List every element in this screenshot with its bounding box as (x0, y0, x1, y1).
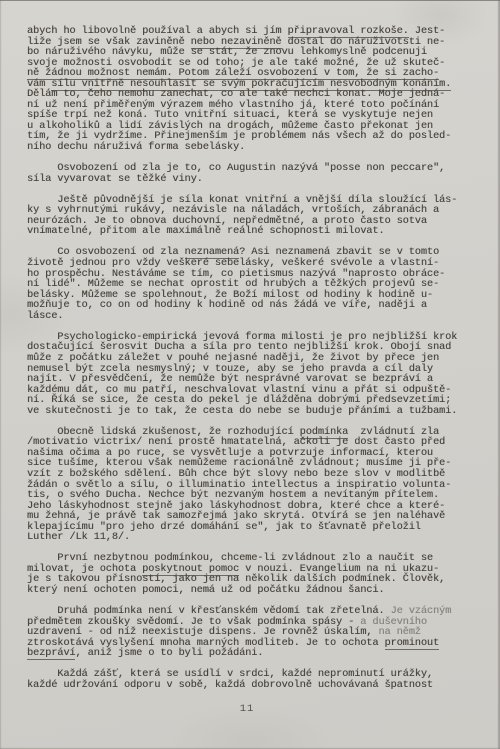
paragraph: Ještě původnější je síla konat vnitřní a… (27, 195, 483, 237)
pencil-underline: bezpráví (27, 647, 75, 660)
text-line: každé udržování odporu v sobě, každá dob… (27, 680, 483, 691)
text-line: ního dechu náruživá forma sebelásky. (27, 142, 483, 153)
text-segment: ve skutečnosti je to tak, že cesta do ne… (27, 405, 457, 417)
text-segment: který není ochoten pomoci, nemá už od po… (27, 584, 385, 596)
text-segment: , aniž jsme o to byli požádáni. (75, 647, 263, 659)
text-line: lásce. (27, 311, 483, 322)
text-line: možňuje to, co on od hodiny k hodině od … (27, 300, 483, 311)
text-segment: lásce. (27, 310, 63, 322)
paragraph: První nezbytnou podmínkou, chceme-li zvl… (27, 553, 483, 595)
paragraph: Psychologicko-empirická jevová forma mil… (27, 332, 483, 416)
text-segment: Luther /Lk 11,8/. (27, 531, 130, 543)
text-segment: síla vyvarovat se těžké viny. (27, 173, 203, 185)
page-text: abych ho libovolně používal a abych si j… (27, 26, 483, 701)
document-page: abych ho libovolně používal a abych si j… (0, 0, 500, 749)
text-segment: na němž (378, 626, 420, 638)
paragraph: Druhá podmínka není v křesťanském vědomí… (27, 606, 483, 659)
paragraph: Co osvobození od zla neznamená? Asi nezn… (27, 247, 483, 321)
page-number: 11 (0, 703, 494, 715)
text-line: Luther /Lk 11,8/. (27, 532, 483, 543)
text-line: ve skutečnosti je to tak, že cesta do ne… (27, 406, 483, 417)
text-segment: možňuje to, co on od hodiny k hodině od … (27, 299, 427, 311)
text-segment: každé udržování odporu v sobě, každá dob… (27, 679, 433, 691)
text-line: vnímatelné, přitom ale maximálně reálné … (27, 226, 483, 237)
paragraph: Osvobození od zla je to, co Augustin naz… (27, 163, 483, 184)
text-line: bezpráví, aniž jsme o to byli požádáni. (27, 648, 483, 659)
text-line: síla vyvarovat se těžké viny. (27, 174, 483, 185)
paragraph: Každá zášť, která se usídlí v srdci, kaž… (27, 669, 483, 690)
pencil-underline: prominout (385, 637, 440, 650)
paragraph: Obecně lidská zkušenost, že rozhodující … (27, 427, 483, 543)
text-segment: ního dechu náruživá forma sebelásky. (27, 141, 245, 153)
text-segment: vnímatelné, přitom ale maximálně reálné … (27, 225, 385, 237)
text-line: který není ochoten pomoci, nemá už od po… (27, 585, 483, 596)
paragraph: abych ho libovolně používal a abych si j… (27, 26, 483, 153)
